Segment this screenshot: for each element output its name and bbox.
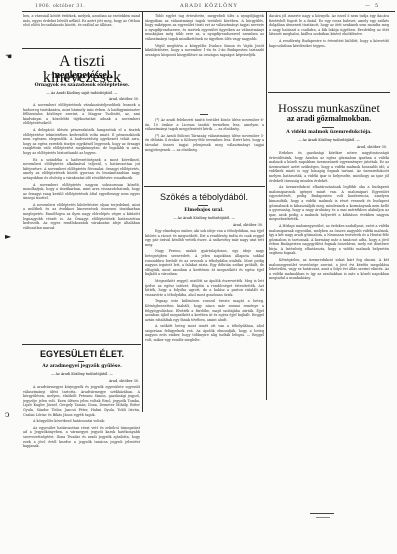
col2-notices: (*) Az aradi felekezeti tanító testület …: [145, 118, 264, 183]
paragraph: A körgyűlés következő határozatai voltak…: [23, 419, 140, 424]
paragraph: Egy elmebajos ember, aki sok ideje van a…: [145, 229, 264, 247]
end-rule: [310, 513, 334, 514]
paragraph: Ez a szándéka a hadvezetőségnek a most k…: [23, 158, 140, 181]
margin-mark: ☚: [5, 52, 12, 61]
col1-intro: ben, a városnál kötött érdekek, melyek, …: [23, 14, 140, 46]
paragraph: Kétségtelen, az üzemredukció sokat kárt …: [269, 258, 389, 281]
paragraph: Tegnap este különösen rosszul érezte mag…: [145, 299, 264, 322]
article1-subtitle: meglepetéssel.: [22, 70, 142, 81]
paragraph: A delegáció ülésén pénzeszközök hangzott…: [23, 128, 140, 156]
short-rule: [198, 205, 208, 206]
paragraph: A szökött beteg most ismét ott van a téb…: [145, 324, 264, 342]
article4-dateline: Arad, október 30.: [267, 145, 387, 149]
article2-byline: — Az Aradi Közlöny tudósítójától. —: [22, 372, 142, 376]
article3-kicker: Elmebajos ural.: [143, 208, 265, 213]
short-rule: [200, 114, 208, 115]
end-rule: [316, 517, 330, 518]
margin-mark: ↄ: [5, 410, 9, 419]
article1-body: A novemberi előléptetések várakozástelje…: [23, 103, 140, 340]
paragraph: A rendőrség Budapestre is értesítést kül…: [269, 39, 389, 48]
article1-kicker: Ornagyok és századosok előléptetése.: [22, 83, 142, 88]
col2-top: Több egylet tag értesítette, megyebeli ü…: [145, 14, 264, 104]
paragraph: Érdekes és gazdasági körökre nézve nagyf…: [269, 151, 389, 183]
paragraph: A novemberi előléptetések várakozástelje…: [23, 103, 140, 126]
article3-dateline: Arad, október 30.: [143, 223, 263, 227]
paragraph: A novemberi előléptetés kibővítésére oly…: [23, 203, 140, 231]
margin-mark: ►: [5, 232, 11, 241]
header-dash: —: [365, 3, 370, 9]
paragraph: dacára jól ismerte nagy a környék. Az ez…: [269, 14, 389, 37]
article4-subtitle: az aradi gőzmalmokban.: [267, 114, 391, 123]
article4-kicker: A vidéki malmok üzemredukciója.: [267, 130, 391, 135]
article3-title: Szökés a tébolydából.: [143, 192, 265, 202]
short-rule: [322, 127, 334, 128]
paragraph: Nagy Ferenc, makói gyártulajdonos, egy i…: [145, 249, 264, 277]
paragraph: Az üzemredukció elhatározásának legfőbb …: [269, 185, 389, 222]
article2-title: EGYESÜLETI ÉLET.: [22, 349, 142, 359]
header-rule: [22, 11, 395, 12]
article1-byline: — Az Aradi Közlöny saját tudósítójától. …: [22, 91, 142, 95]
paragraph: A aradvármegyei körjegyzők és jegyzők eg…: [23, 385, 140, 417]
issue-date: 1906. október 31.: [35, 3, 85, 9]
article4-body: Érdekes és gazdasági körökre nézve nagyf…: [269, 151, 389, 403]
section-rule: [268, 92, 390, 93]
paragraph: Az egyesület határozottan részt vett és …: [23, 426, 140, 449]
paragraph: A novemberi előléptetés nagyon sokszoros…: [23, 183, 140, 201]
column-divider-2: [266, 12, 267, 400]
col3-top: dacára jól ismerte nagy a környék. Az ez…: [269, 14, 389, 88]
article2-dateline: Arad, október 30.: [22, 379, 139, 383]
page-number: 5: [375, 3, 378, 9]
newspaper-title: ARADI KÖZLÖNY: [180, 3, 238, 9]
paragraph: Megszökött reggel, mielőtt az ápolók ész…: [145, 279, 264, 297]
short-rule: [78, 361, 84, 362]
paragraph: Végül meghívta a körgyűlés Duducz Simon …: [145, 44, 264, 58]
section-rule: [22, 344, 141, 345]
article4-byline: — Az Aradi Közlöny tudósítójától. —: [267, 138, 391, 142]
article2-kicker: Az aradmegyei jegyzők gyűlése.: [22, 364, 142, 369]
article3-byline: — Az Aradi Közlöny tudósítójától. —: [143, 216, 265, 220]
section-rule: [22, 48, 141, 49]
paragraph: A Hírlapi malomegyesület, az érdekes sza…: [269, 224, 389, 256]
article1-dateline: Arad, október 30.: [22, 97, 139, 101]
article3-body: Egy elmebajos ember, aki sok ideje van a…: [145, 229, 264, 419]
article2-body: A aradvármegyei körjegyzők és jegyzők eg…: [23, 385, 140, 490]
paragraph: Több egylet tag értesítette, megyebeli ü…: [145, 14, 264, 42]
intro-text: ben, a városnál kötött érdekek, melyek, …: [23, 14, 140, 28]
notice: (*) Az aradi felekezeti tanító testület …: [145, 118, 264, 132]
section-rule: [144, 186, 265, 187]
notice: (*) Az Aradi Bölcsei Társaság választmán…: [145, 134, 264, 152]
